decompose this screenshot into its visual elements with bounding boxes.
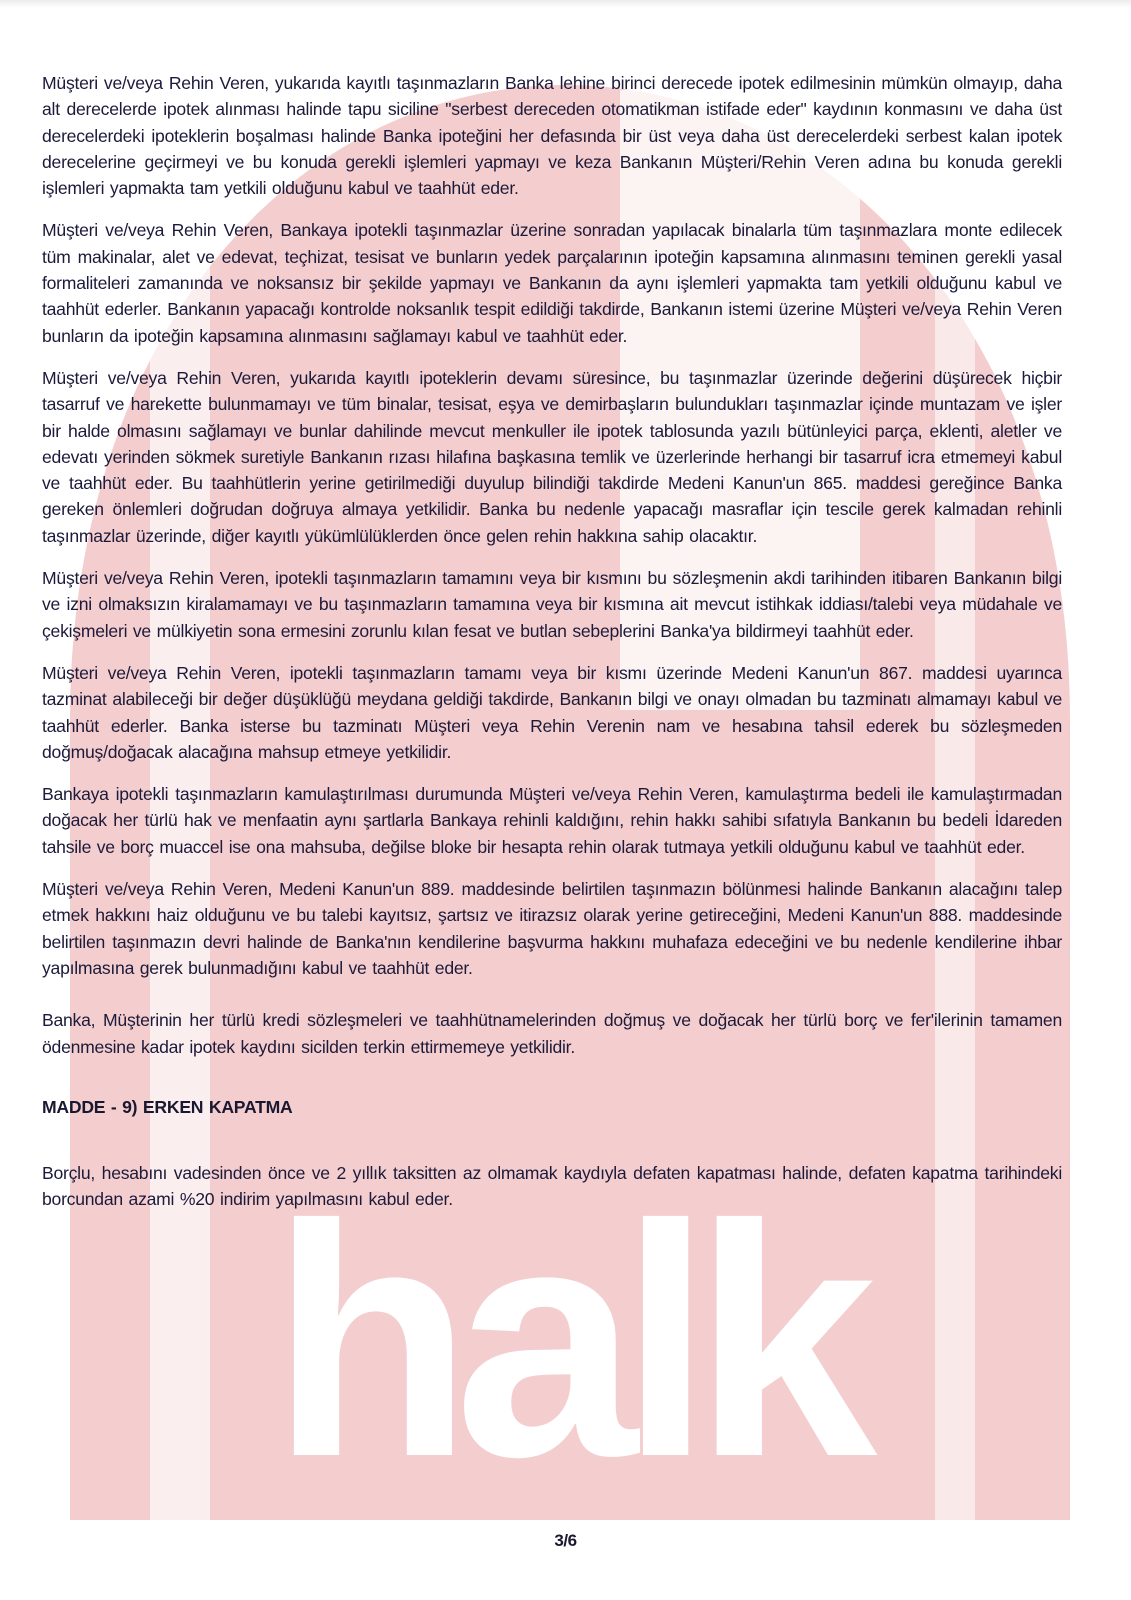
page-top-edge: [0, 0, 1131, 8]
page-number: 3/6: [0, 1531, 1131, 1551]
document-body: Müşteri ve/veya Rehin Veren, yukarıda ka…: [42, 70, 1062, 1229]
paragraph-kamulastirma: Bankaya ipotekli taşınmazların kamulaştı…: [42, 781, 1062, 860]
paragraph-erken-kapatma: Borçlu, hesabını vadesinden önce ve 2 yı…: [42, 1160, 1062, 1213]
document-page: halk Müşteri ve/veya Rehin Veren, yukarı…: [0, 0, 1131, 1600]
paragraph-kiralama: Müşteri ve/veya Rehin Veren, ipotekli ta…: [42, 565, 1062, 644]
paragraph-ipotek-derece: Müşteri ve/veya Rehin Veren, yukarıda ka…: [42, 70, 1062, 201]
paragraph-bina-makina: Müşteri ve/veya Rehin Veren, Bankaya ipo…: [42, 217, 1062, 348]
paragraph-ipotek-devam: Müşteri ve/veya Rehin Veren, yukarıda ka…: [42, 365, 1062, 549]
paragraph-terkin: Banka, Müşterinin her türlü kredi sözleş…: [42, 1007, 1062, 1060]
paragraph-bolunme-devir: Müşteri ve/veya Rehin Veren, Medeni Kanu…: [42, 876, 1062, 981]
section-heading-erken-kapatma: MADDE - 9) ERKEN KAPATMA: [42, 1094, 1062, 1120]
paragraph-tazminat: Müşteri ve/veya Rehin Veren, ipotekli ta…: [42, 660, 1062, 765]
